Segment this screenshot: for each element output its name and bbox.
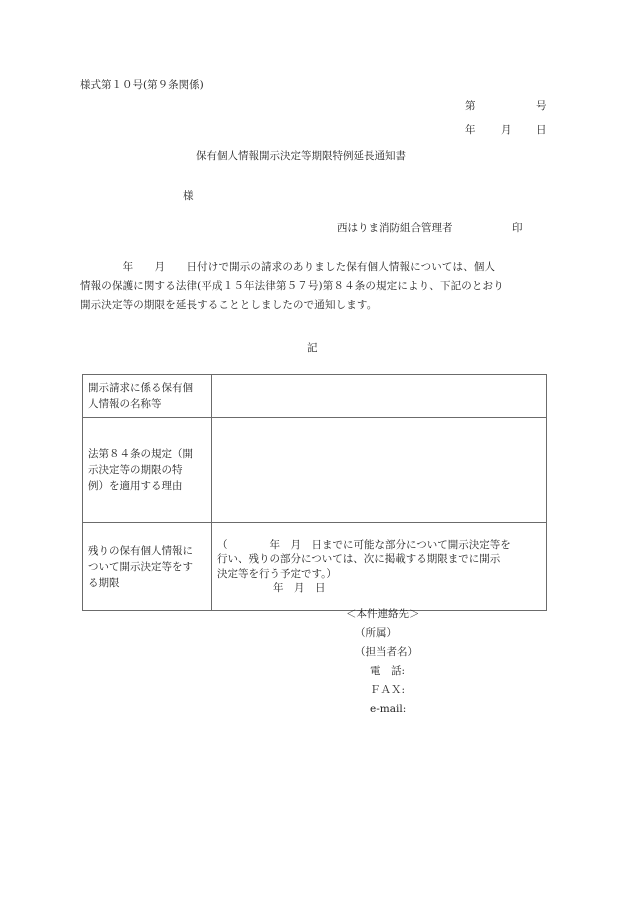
body-line: 情報の保護に関する法律(平成１５年法律第５７号)第８４条の規定により、下記のとお… [80,281,504,292]
contact-email: e-mail: [370,704,406,715]
table-row: 法第８４条の規定（開 示決定等の期限の特 例）を適用する理由 [83,418,547,523]
issuer-name: 西はりま消防組合管理者 [337,223,453,234]
deadline-date: 年 月 日 [217,581,541,596]
row-value[interactable] [212,375,547,418]
row-label: 開示請求に係る保有個 人情報の名称等 [83,375,212,418]
row-value[interactable] [212,418,547,523]
contact-person: （担当者名） [355,647,418,658]
contact-phone: 電 話: [370,666,405,677]
table-row: 開示請求に係る保有個 人情報の名称等 [83,375,547,418]
document-date-line: 年 月 日 [465,125,547,167]
body-line: 年 月 日付けで開示の請求のありました保有個人情報については、個人 [80,262,495,273]
row-label: 残りの保有個人情報に ついて開示決定等をす る期限 [83,523,212,611]
detail-table: 開示請求に係る保有個 人情報の名称等 法第８４条の規定（開 示決定等の期限の特 … [82,374,547,611]
row-value-cell[interactable]: （ 年 月 日までに可能な部分について開示決定等を 行い、残りの部分については、… [212,523,547,611]
row-value: （ 年 月 日までに可能な部分について開示決定等を 行い、残りの部分については、… [217,539,511,580]
row-label: 法第８４条の規定（開 示決定等の期限の特 例）を適用する理由 [83,418,212,523]
number-suffix: 号 [536,101,547,112]
contact-department: （所属） [355,628,397,639]
form-number: 様式第１０号(第９条関係) [80,80,204,91]
number-prefix: 第 [465,101,476,112]
document-title: 保有個人情報開示決定等期限特例延長通知書 [196,151,406,162]
body-line: 開示決定等の期限を延長することとしましたので通知します。 [80,300,377,311]
ki-heading: 記 [307,343,318,354]
addressee-suffix: 様 [183,191,194,202]
date-month: 月 [501,125,512,136]
date-year: 年 [465,125,476,136]
table-row: 残りの保有個人情報に ついて開示決定等をす る期限 （ 年 月 日までに可能な部… [83,523,547,611]
date-day: 日 [536,125,547,136]
contact-heading: ＜本件連絡先＞ [346,609,420,620]
contact-fax: ＦＡＸ: [370,685,405,696]
seal-mark: 印 [512,223,523,234]
